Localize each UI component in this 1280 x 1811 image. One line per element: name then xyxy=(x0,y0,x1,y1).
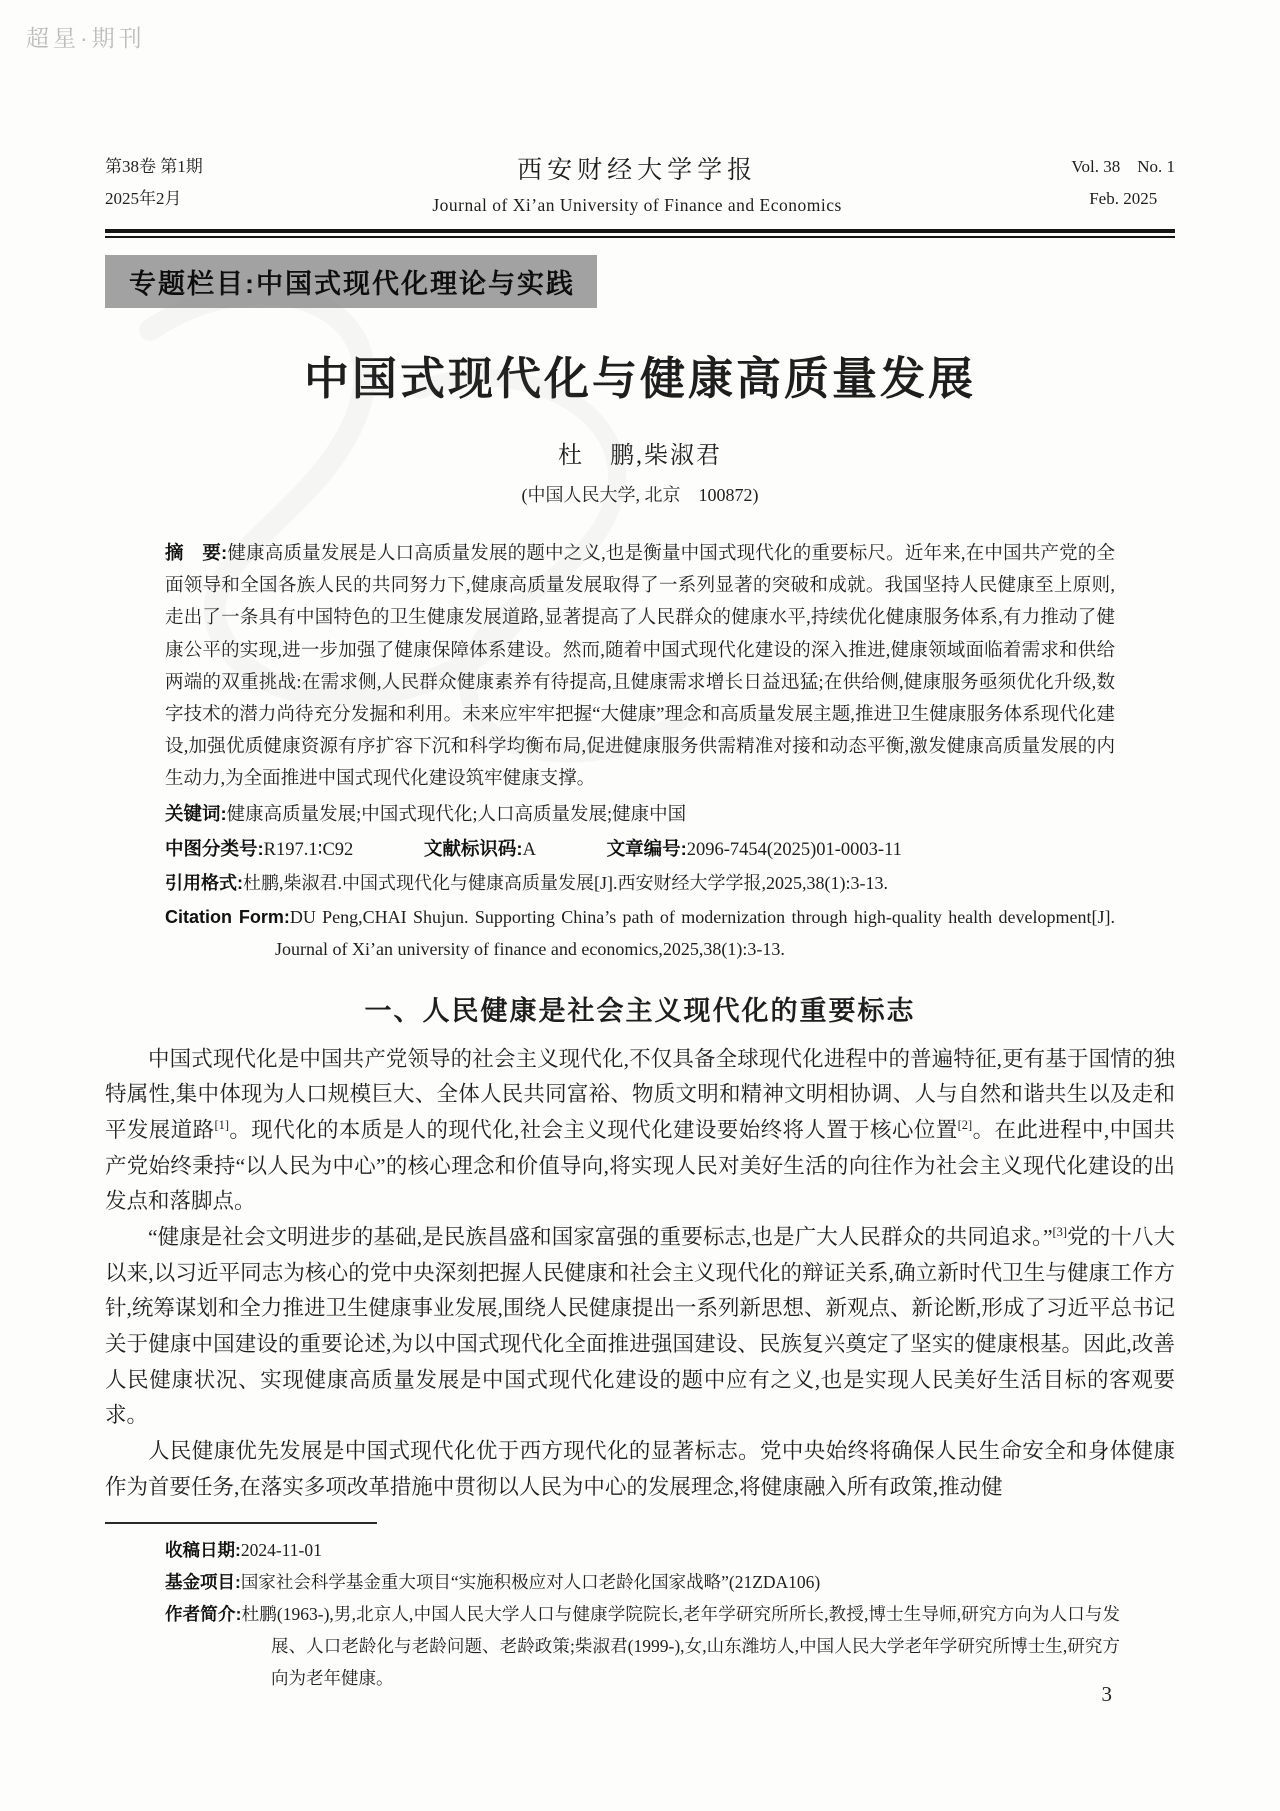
article-id: 文章编号:2096-7454(2025)01-0003-11 xyxy=(607,840,902,860)
journal-page: 超星·期刊 第38卷 第1期 2025年2月 西安财经大学学报 Journal … xyxy=(0,0,1280,1811)
abstract-meta-zone: 摘 要:健康高质量发展是人口高质量发展的题中之义,也是衡量中国式现代化的重要标尺… xyxy=(165,537,1115,965)
document-code-label: 文献标识码: xyxy=(424,838,523,859)
funding-label: 基金项目: xyxy=(165,1572,241,1592)
header-issue-cn: 第38卷 第1期 2025年2月 xyxy=(105,151,203,216)
footnote-separator xyxy=(105,1522,377,1524)
paragraph-2-text: “健康是社会文明进步的基础,是民族昌盛和国家富强的重要标志,也是广大人民群众的共… xyxy=(148,1225,1053,1249)
keywords: 关键词:健康高质量发展;中国式现代化;人口高质量发展;健康中国 xyxy=(165,798,1115,831)
footnote-author-bio: 作者简介:杜鹏(1963-),男,北京人,中国人民大学人口与健康学院院长,老年学… xyxy=(165,1598,1120,1695)
volume-issue-cn: 第38卷 第1期 xyxy=(105,151,203,183)
paragraph-3: 人民健康优先发展是中国式现代化优于西方现代化的显著标志。党中央始终将确保人民生命… xyxy=(105,1434,1175,1505)
header-issue-en: Vol. 38 No. 1 Feb. 2025 xyxy=(1071,151,1175,216)
funding-value: 国家社会科学基金重大项目“实施积极应对人口老龄化国家战略”(21ZDA106) xyxy=(241,1572,820,1592)
journal-header: 第38卷 第1期 2025年2月 西安财经大学学报 Journal of Xi’… xyxy=(105,150,1175,216)
date-cn: 2025年2月 xyxy=(105,183,203,215)
author-bio-label: 作者简介: xyxy=(165,1604,241,1624)
reference-mark-3: [3] xyxy=(1053,1225,1068,1239)
article-affiliation: (中国人民大学, 北京 100872) xyxy=(105,481,1175,507)
citation-en: Citation Form:DU Peng,CHAI Shujun. Suppo… xyxy=(165,901,1115,965)
page-content: 第38卷 第1期 2025年2月 西安财经大学学报 Journal of Xi’… xyxy=(0,0,1280,1694)
platform-watermark: 超星·期刊 xyxy=(26,20,146,53)
paragraph-2-text: 党的十八大以来,以习近平同志为核心的党中央深刻把握人民健康和社会主义现代化的辩证… xyxy=(105,1225,1175,1427)
received-date-value: 2024-11-01 xyxy=(241,1540,322,1560)
clc-label: 中图分类号: xyxy=(165,838,264,859)
paragraph-1-text: 。现代化的本质是人的现代化,社会主义现代化建设要始终将人置于核心位置 xyxy=(229,1118,958,1142)
document-code: 文献标识码:A xyxy=(424,840,536,860)
footnote-received-date: 收稿日期:2024-11-01 xyxy=(165,1534,1120,1566)
body-text: 中国式现代化是中国共产党领导的社会主义现代化,不仅具备全球现代化进程中的普遍特征… xyxy=(105,1042,1175,1506)
special-column-banner: 专题栏目:中国式现代化理论与实践 xyxy=(105,255,597,308)
author-bio-value: 杜鹏(1963-),男,北京人,中国人民大学人口与健康学院院长,老年学研究所所长… xyxy=(241,1604,1120,1688)
volume-issue-en: Vol. 38 No. 1 xyxy=(1071,151,1175,183)
date-en: Feb. 2025 xyxy=(1071,183,1175,215)
keywords-text: 健康高质量发展;中国式现代化;人口高质量发展;健康中国 xyxy=(227,805,686,825)
section-1-heading: 一、人民健康是社会主义现代化的重要标志 xyxy=(105,989,1175,1028)
abstract-label: 摘 要: xyxy=(165,542,227,563)
article-title: 中国式现代化与健康高质量发展 xyxy=(105,342,1175,407)
classification-line: 中图分类号:R197.1∶C92 文献标识码:A 文章编号:2096-7454(… xyxy=(165,833,1115,866)
reference-mark-1: [1] xyxy=(214,1118,229,1132)
citation-en-label: Citation Form: xyxy=(165,907,290,927)
reference-mark-2: [2] xyxy=(958,1118,973,1132)
footnote-funding: 基金项目:国家社会科学基金重大项目“实施积极应对人口老龄化国家战略”(21ZDA… xyxy=(165,1566,1120,1598)
citation-cn-label: 引用格式: xyxy=(165,873,243,893)
citation-cn-text: 杜鹏,柴淑君.中国式现代化与健康高质量发展[J].西安财经大学学报,2025,3… xyxy=(243,873,888,893)
paragraph-1: 中国式现代化是中国共产党领导的社会主义现代化,不仅具备全球现代化进程中的普遍特征… xyxy=(105,1042,1175,1220)
clc-number: 中图分类号:R197.1∶C92 xyxy=(165,840,353,860)
citation-en-text: DU Peng,CHAI Shujun. Supporting China’s … xyxy=(275,907,1115,959)
journal-name-en: Journal of Xi’an University of Finance a… xyxy=(203,195,1072,216)
citation-cn: 引用格式:杜鹏,柴淑君.中国式现代化与健康高质量发展[J].西安财经大学学报,2… xyxy=(165,868,1115,900)
journal-name-cn: 西安财经大学学报 xyxy=(203,150,1072,186)
abstract: 摘 要:健康高质量发展是人口高质量发展的题中之义,也是衡量中国式现代化的重要标尺… xyxy=(165,537,1115,796)
keywords-label: 关键词: xyxy=(165,803,227,824)
header-journal-name: 西安财经大学学报 Journal of Xi’an University of … xyxy=(203,150,1072,216)
received-date-label: 收稿日期: xyxy=(165,1540,241,1560)
article-id-value: 2096-7454(2025)01-0003-11 xyxy=(687,840,902,860)
header-rule-thick xyxy=(105,229,1175,233)
paragraph-2: “健康是社会文明进步的基础,是民族昌盛和国家富强的重要标志,也是广大人民群众的共… xyxy=(105,1220,1175,1434)
article-id-label: 文章编号: xyxy=(607,838,687,859)
page-number: 3 xyxy=(1102,1682,1113,1707)
clc-value: R197.1∶C92 xyxy=(264,840,354,860)
document-code-value: A xyxy=(523,840,536,860)
abstract-text: 健康高质量发展是人口高质量发展的题中之义,也是衡量中国式现代化的重要标尺。近年来… xyxy=(165,544,1115,789)
article-authors: 杜 鹏,柴淑君 xyxy=(105,435,1175,470)
footnotes: 收稿日期:2024-11-01 基金项目:国家社会科学基金重大项目“实施积极应对… xyxy=(165,1534,1120,1695)
